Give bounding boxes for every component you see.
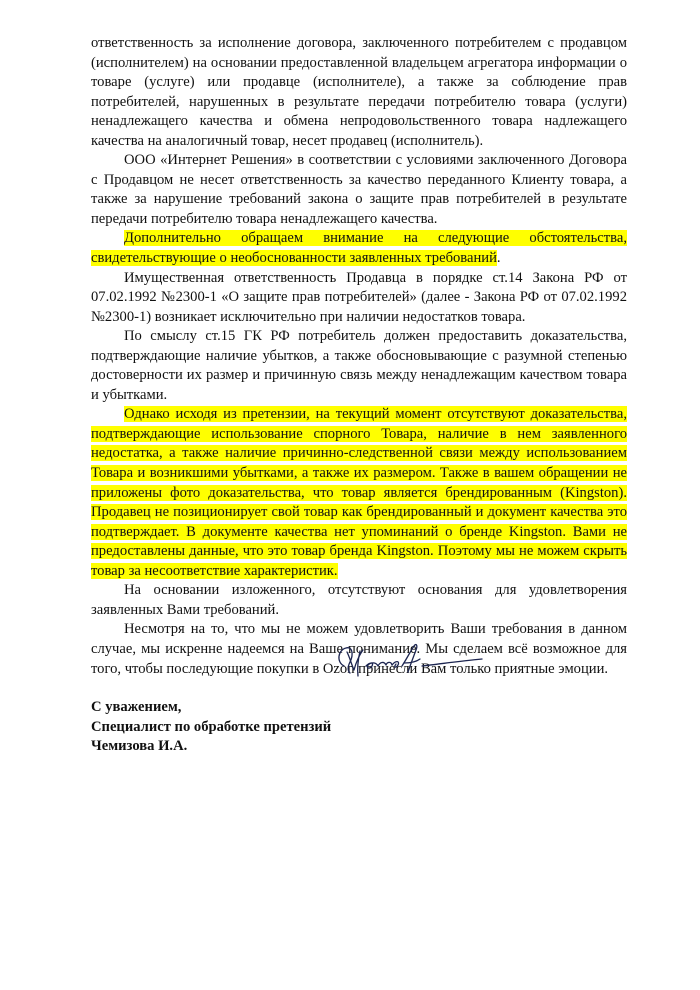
signer-name: Чемизова И.А. — [91, 737, 627, 757]
signer-position: Специалист по обработке претензий — [91, 718, 627, 738]
highlighted-text: Однако исходя из претензии, на текущий м… — [91, 406, 627, 578]
paragraph: ответственность за исполнение договора, … — [91, 34, 627, 151]
paragraph: На основании изложенного, отсутствуют ос… — [91, 581, 627, 620]
paragraph: По смыслу ст.15 ГК РФ потребитель должен… — [91, 327, 627, 405]
handwritten-signature-icon — [330, 636, 495, 686]
paragraph-text: По смыслу ст.15 ГК РФ потребитель должен… — [91, 328, 627, 403]
closing-block: С уважением, Специалист по обработке пре… — [91, 698, 627, 757]
paragraph: Имущественная ответственность Продавца в… — [91, 269, 627, 328]
paragraph: Дополнительно обращаем внимание на следу… — [91, 229, 627, 268]
paragraph-list: ответственность за исполнение договора, … — [91, 34, 627, 679]
paragraph-text: ответственность за исполнение договора, … — [91, 35, 627, 149]
paragraph-text: ООО «Интернет Решения» в соответствии с … — [91, 152, 627, 227]
paragraph: Однако исходя из претензии, на текущий м… — [91, 405, 627, 581]
paragraph: ООО «Интернет Решения» в соответствии с … — [91, 151, 627, 229]
paragraph-text: . — [497, 250, 501, 266]
closing-greeting: С уважением, — [91, 698, 627, 718]
highlighted-text: Дополнительно обращаем внимание на следу… — [91, 230, 627, 266]
paragraph-text: Имущественная ответственность Продавца в… — [91, 270, 627, 325]
paragraph-text: На основании изложенного, отсутствуют ос… — [91, 582, 627, 618]
